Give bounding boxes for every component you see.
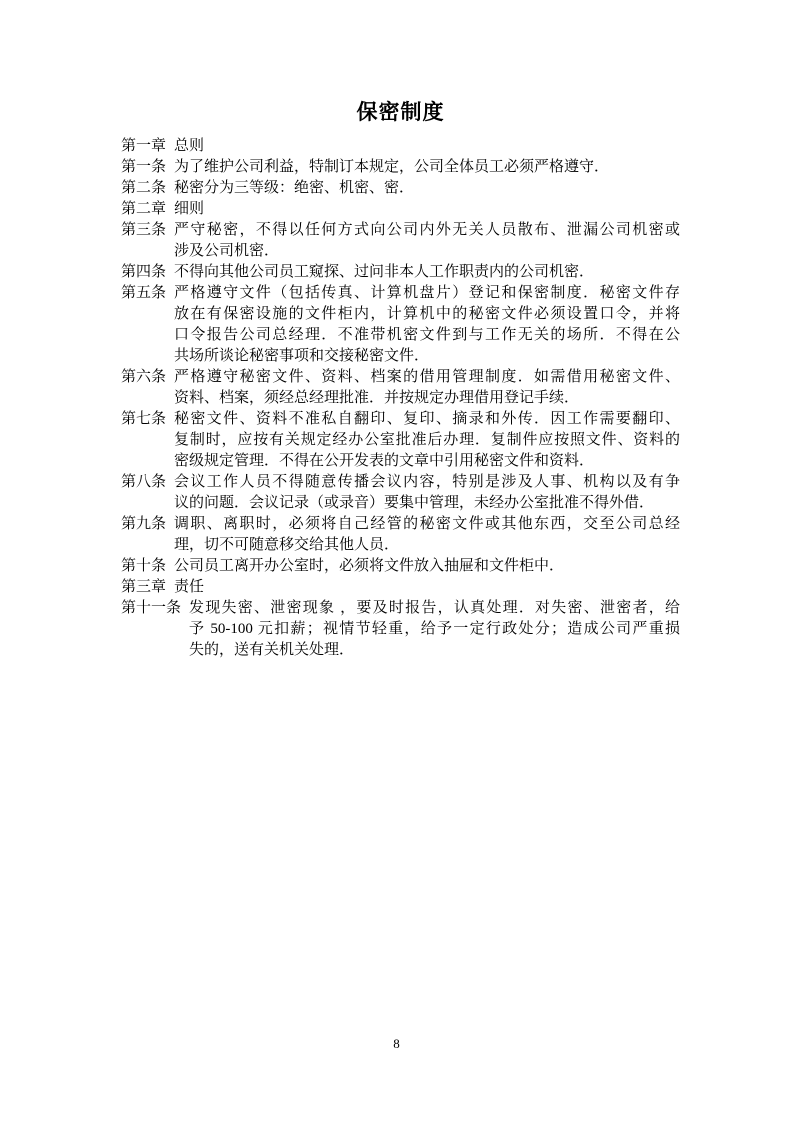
- clause-line: 予 50-100 元扣薪；视情节轻重，给予一定行政处分；造成公司严重损: [189, 619, 680, 640]
- clause-number: 第十一条: [121, 598, 181, 619]
- document-page: 保密制度 第一章总则第一条为了维护公司利益，特制订本规定，公司全体员工必须严格遵…: [0, 0, 793, 1122]
- clause-number: 第八条: [121, 472, 166, 493]
- clause-row: 第六条严格遵守秘密文件、资料、档案的借用管理制度．如需借用秘密文件、资料、档案，…: [121, 367, 680, 409]
- clause-number: 第一条: [121, 157, 166, 178]
- clause-line: 不得向其他公司员工窥探、过问非本人工作职责内的公司机密．: [174, 262, 680, 283]
- clause-line: 密级规定管理．不得在公开发表的文章中引用秘密文件和资料．: [174, 451, 680, 472]
- document-body: 第一章总则第一条为了维护公司利益，特制订本规定，公司全体员工必须严格遵守．第二条…: [121, 136, 680, 661]
- clause-line: 共场所谈论秘密事项和交接秘密文件．: [174, 346, 680, 367]
- clause-text: 严格遵守文件（包括传真、计算机盘片）登记和保密制度．秘密文件存放在有保密设施的文…: [174, 283, 680, 367]
- clause-number: 第十条: [121, 556, 166, 577]
- clause-line: 复制时，应按有关规定经办公室批准后办理．复制件应按照文件、资料的: [174, 430, 680, 451]
- clause-row: 第十一条发现失密、泄密现象 ，要及时报告，认真处理．对失密、泄密者，给予 50-…: [121, 598, 680, 661]
- clause-row: 第十条公司员工离开办公室时，必须将文件放入抽屉和文件柜中．: [121, 556, 680, 577]
- clause-row: 第三条严守秘密，不得以任何方式向公司内外无关人员散布、泄漏公司机密或涉及公司机密…: [121, 220, 680, 262]
- clause-line: 为了维护公司利益，特制订本规定，公司全体员工必须严格遵守．: [174, 157, 680, 178]
- clause-line: 严格遵守文件（包括传真、计算机盘片）登记和保密制度．秘密文件存: [174, 283, 680, 304]
- clause-line: 严守秘密，不得以任何方式向公司内外无关人员散布、泄漏公司机密或: [174, 220, 680, 241]
- clause-number: 第四条: [121, 262, 166, 283]
- clause-line: 资料、档案，须经总经理批准．并按规定办理借用登记手续．: [174, 388, 680, 409]
- clause-text: 细则: [174, 199, 680, 220]
- clause-line: 口令报告公司总经理．不准带机密文件到与工作无关的场所．不得在公: [174, 325, 680, 346]
- clause-row: 第八条会议工作人员不得随意传播会议内容，特别是涉及人事、机构以及有争议的问题．会…: [121, 472, 680, 514]
- clause-text: 秘密分为三等级：绝密、机密、密．: [174, 178, 680, 199]
- clause-line: 公司员工离开办公室时，必须将文件放入抽屉和文件柜中．: [174, 556, 680, 577]
- clause-text: 会议工作人员不得随意传播会议内容，特别是涉及人事、机构以及有争议的问题．会议记录…: [174, 472, 680, 514]
- document-title: 保密制度: [121, 98, 680, 126]
- clause-number: 第二章: [121, 199, 166, 220]
- clause-row: 第二章细则: [121, 199, 680, 220]
- clause-text: 不得向其他公司员工窥探、过问非本人工作职责内的公司机密．: [174, 262, 680, 283]
- clause-number: 第七条: [121, 409, 166, 430]
- clause-text: 调职、离职时，必须将自己经管的秘密文件或其他东西，交至公司总经理，切不可随意移交…: [174, 514, 680, 556]
- clause-text: 严守秘密，不得以任何方式向公司内外无关人员散布、泄漏公司机密或涉及公司机密．: [174, 220, 680, 262]
- clause-line: 秘密文件、资料不准私自翻印、复印、摘录和外传．因工作需要翻印、: [174, 409, 680, 430]
- clause-number: 第一章: [121, 136, 166, 157]
- clause-text: 公司员工离开办公室时，必须将文件放入抽屉和文件柜中．: [174, 556, 680, 577]
- clause-number: 第五条: [121, 283, 166, 304]
- clause-line: 总则: [174, 136, 680, 157]
- clause-line: 调职、离职时，必须将自己经管的秘密文件或其他东西，交至公司总经: [174, 514, 680, 535]
- clause-number: 第三章: [121, 577, 166, 598]
- clause-line: 涉及公司机密．: [174, 241, 680, 262]
- clause-text: 严格遵守秘密文件、资料、档案的借用管理制度．如需借用秘密文件、资料、档案，须经总…: [174, 367, 680, 409]
- clause-row: 第四条不得向其他公司员工窥探、过问非本人工作职责内的公司机密．: [121, 262, 680, 283]
- clause-row: 第七条秘密文件、资料不准私自翻印、复印、摘录和外传．因工作需要翻印、复制时，应按…: [121, 409, 680, 472]
- clause-number: 第六条: [121, 367, 166, 388]
- clause-row: 第一章总则: [121, 136, 680, 157]
- clause-text: 发现失密、泄密现象 ，要及时报告，认真处理．对失密、泄密者，给予 50-100 …: [189, 598, 680, 661]
- clause-line: 放在有保密设施的文件柜内，计算机中的秘密文件必须设置口令，并将: [174, 304, 680, 325]
- clause-line: 发现失密、泄密现象 ，要及时报告，认真处理．对失密、泄密者，给: [189, 598, 680, 619]
- clause-line: 严格遵守秘密文件、资料、档案的借用管理制度．如需借用秘密文件、: [174, 367, 680, 388]
- clause-row: 第二条秘密分为三等级：绝密、机密、密．: [121, 178, 680, 199]
- clause-text: 秘密文件、资料不准私自翻印、复印、摘录和外传．因工作需要翻印、复制时，应按有关规…: [174, 409, 680, 472]
- clause-line: 失的，送有关机关处理．: [189, 640, 680, 661]
- clause-number: 第九条: [121, 514, 166, 535]
- clause-line: 细则: [174, 199, 680, 220]
- clause-line: 理，切不可随意移交给其他人员．: [174, 535, 680, 556]
- clause-line: 秘密分为三等级：绝密、机密、密．: [174, 178, 680, 199]
- clause-line: 会议工作人员不得随意传播会议内容，特别是涉及人事、机构以及有争: [174, 472, 680, 493]
- clause-row: 第一条为了维护公司利益，特制订本规定，公司全体员工必须严格遵守．: [121, 157, 680, 178]
- clause-line: 责任: [174, 577, 680, 598]
- clause-text: 总则: [174, 136, 680, 157]
- clause-number: 第三条: [121, 220, 166, 241]
- clause-number: 第二条: [121, 178, 166, 199]
- page-number: 8: [0, 1036, 793, 1052]
- clause-text: 责任: [174, 577, 680, 598]
- clause-line: 议的问题．会议记录（或录音）要集中管理，未经办公室批准不得外借．: [174, 493, 680, 514]
- clause-row: 第九条调职、离职时，必须将自己经管的秘密文件或其他东西，交至公司总经理，切不可随…: [121, 514, 680, 556]
- clause-row: 第三章责任: [121, 577, 680, 598]
- clause-row: 第五条严格遵守文件（包括传真、计算机盘片）登记和保密制度．秘密文件存放在有保密设…: [121, 283, 680, 367]
- clause-text: 为了维护公司利益，特制订本规定，公司全体员工必须严格遵守．: [174, 157, 680, 178]
